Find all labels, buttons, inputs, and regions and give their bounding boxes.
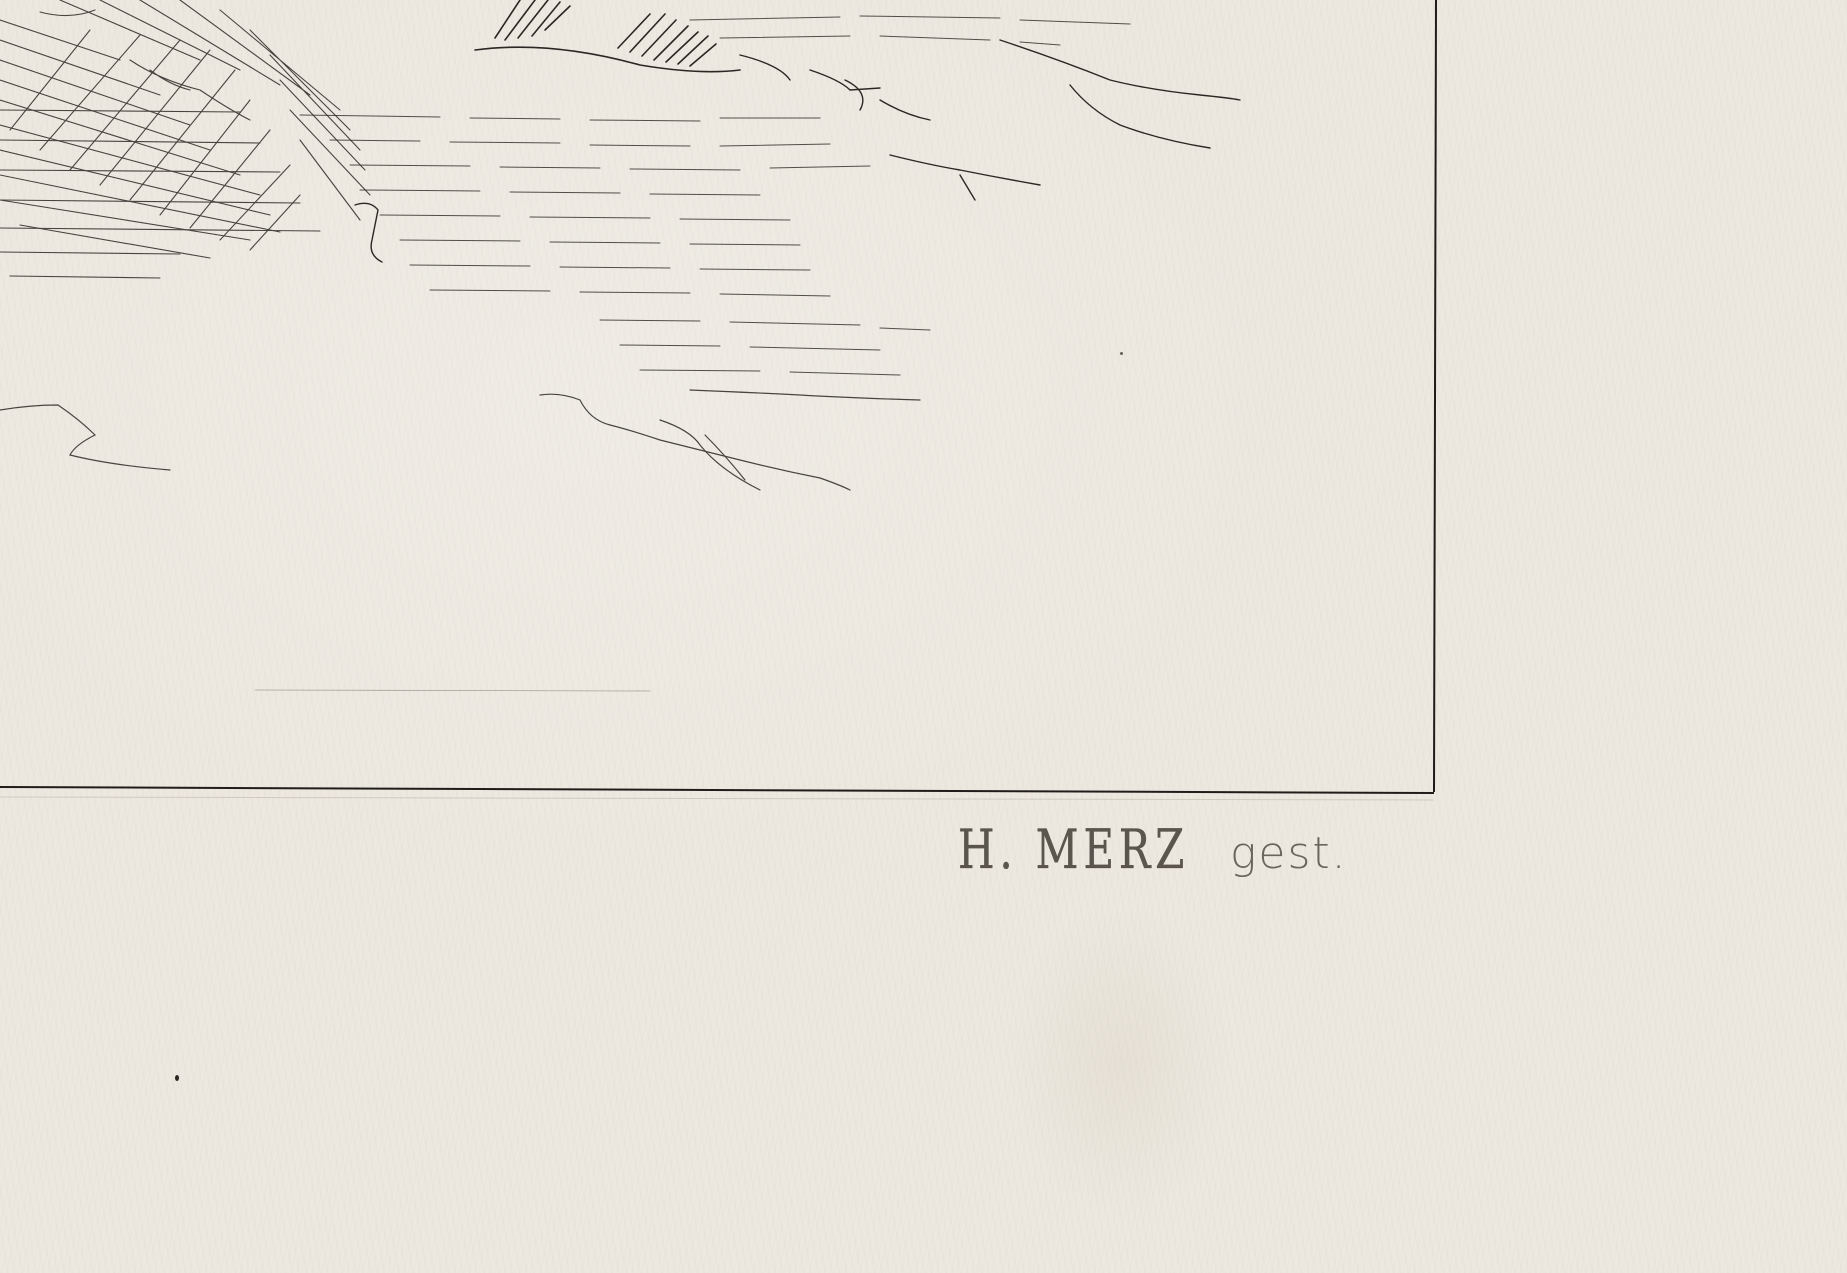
paper-sheet: H. MERZ gest. <box>0 0 1847 1273</box>
rock-ledge <box>355 40 1240 262</box>
ink-speck <box>175 1075 179 1081</box>
shore-lines <box>0 390 920 490</box>
engraver-signature: H. MERZ gest. <box>958 818 1348 881</box>
etching-plate <box>0 0 1847 1273</box>
horizontal-strokes <box>300 16 1130 375</box>
faint-plate-line <box>255 690 650 691</box>
engraved-mark: gest. <box>1230 828 1348 879</box>
hatching-top <box>475 0 740 72</box>
engraver-name: H. MERZ <box>958 818 1153 881</box>
crosshatch-slope <box>0 0 370 278</box>
plate-border <box>0 0 1436 793</box>
ink-speck <box>1120 352 1123 355</box>
